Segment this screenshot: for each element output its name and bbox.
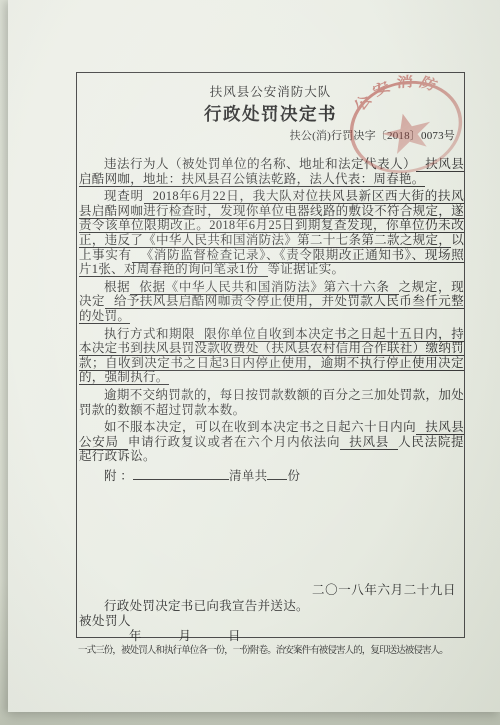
attachment-tail: 份 xyxy=(287,469,300,483)
offender-label: 违法行为人（被处罚单位的名称、地址和法定代表人） xyxy=(104,157,416,171)
execution-label: 执行方式和期限 xyxy=(104,327,195,341)
attachment-mid: 清单共 xyxy=(229,469,267,483)
paragraph-legal-basis: 根据依据《中华人民共和国消防法》第六十六条之规定，现决定给予扶风县启酷网咖责令停… xyxy=(79,280,464,324)
form-border-box: 扶风县公安消防大队 行政处罚决定书 扶公(消)行罚决字〔2018〕0073号 违… xyxy=(76,72,465,638)
attachment-blank-line xyxy=(133,467,229,480)
document-photo: 扶风县公安消防大队 行政处罚决定书 扶公(消)行罚决字〔2018〕0073号 违… xyxy=(0,0,500,725)
appeal-court-fill: 扶风县 xyxy=(340,435,398,450)
punished-person-label: 被处罚人 xyxy=(79,611,131,629)
document-title: 行政处罚决定书 xyxy=(77,101,464,126)
paragraph-offender: 违法行为人（被处罚单位的名称、地址和法定代表人）扶风县启酷网咖，地址：扶风县召公… xyxy=(79,157,464,186)
paragraph-attachment: 附 ：清单共份 xyxy=(79,467,464,484)
findings-label: 现查明 xyxy=(104,189,144,203)
appeal-label: 如不服本决定，可以在收到本决定书之日起六十日内向 xyxy=(104,420,416,434)
document-number: 扶公(消)行罚决字〔2018〕0073号 xyxy=(290,127,455,143)
appeal-mid: 申请行政复议或者在六个月内依法向 xyxy=(128,435,340,449)
document-body: 违法行为人（被处罚单位的名称、地址和法定代表人）扶风县启酷网咖，地址：扶风县召公… xyxy=(79,157,464,483)
findings-tail: 等证据证实。 xyxy=(268,262,345,276)
paragraph-findings: 现查明2018年6月22日，我大队对位扶风县新区西大街的扶风县启酷网咖进行检查时… xyxy=(79,189,464,277)
paragraph-late-fine: 逾期不交纳罚款的，每日按罚款数额的百分之三加处罚款，加处罚款的数额不超过罚款本数… xyxy=(79,388,464,417)
issuing-agency: 扶风县公安消防大队 xyxy=(77,82,464,100)
basis-fill: 依据《中华人民共和国消防法》第六十六条 xyxy=(130,280,398,295)
paragraph-appeal: 如不服本决定，可以在收到本决定书之日起六十日内向扶风县公安局申请行政复议或者在六… xyxy=(79,420,464,464)
attachment-label: 附 ： xyxy=(104,469,133,483)
basis-label: 根据 xyxy=(104,280,130,294)
attachment-count-blank xyxy=(267,467,287,480)
paragraph-execution: 执行方式和期限限你单位自收到本决定书之日起十五日内，持本决定书到扶风县罚没款收费… xyxy=(79,327,464,385)
copies-distribution-note: 一式三份，被处罚人和执行单位各一份，一份附卷。治安案件有被侵害人的，复印送达被侵… xyxy=(78,642,464,656)
served-note: 行政处罚决定书已向我宣告并送达。 xyxy=(79,596,464,614)
penalty-fill: 给予扶风县启酷网咖责令停止使用，并处罚款人民币叁仟元整的处罚。 xyxy=(79,294,464,324)
paper-sheet: 扶风县公安消防大队 行政处罚决定书 扶公(消)行罚决字〔2018〕0073号 违… xyxy=(8,0,500,712)
